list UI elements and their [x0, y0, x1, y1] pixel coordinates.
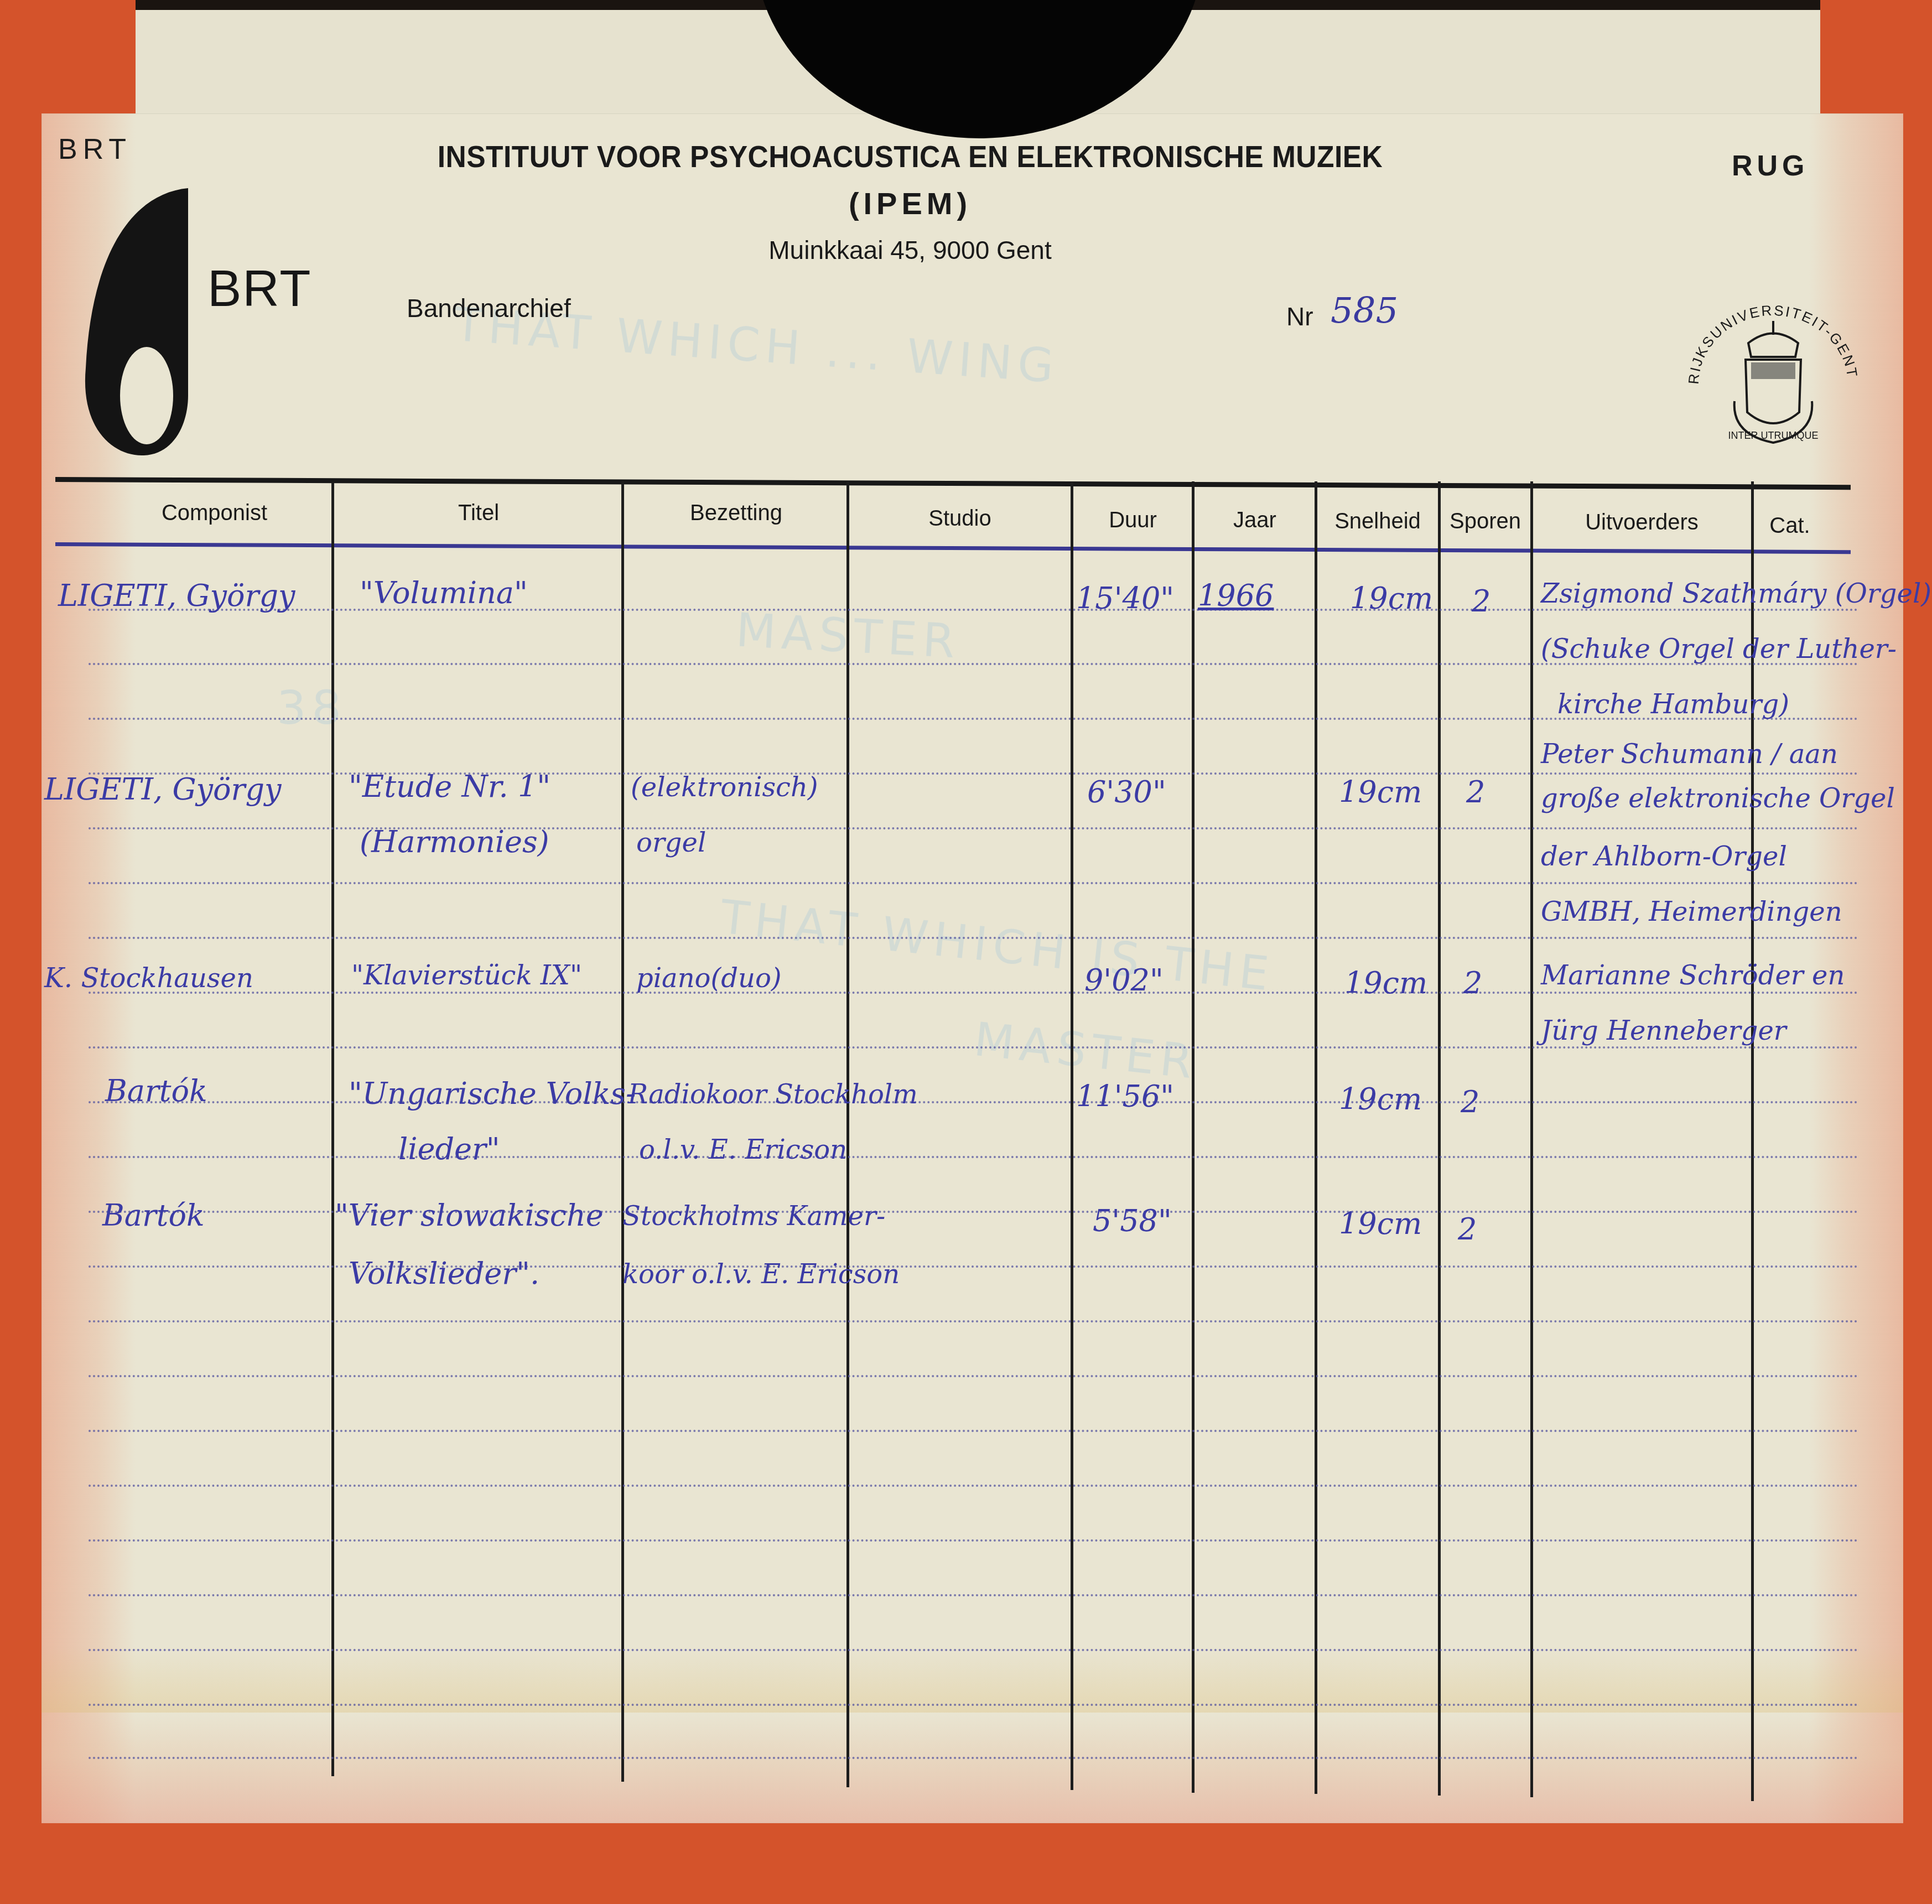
- cell-bezetting: koor o.l.v. E. Ericson: [622, 1259, 900, 1290]
- cell-snelheid: 19cm: [1339, 1082, 1422, 1117]
- cell-sporen: 2: [1466, 775, 1485, 810]
- brt-logo-text: BRT: [207, 260, 311, 318]
- row-line: [89, 1704, 1859, 1706]
- cell-duur: 6'30": [1087, 775, 1166, 810]
- row-line: [89, 827, 1859, 829]
- cell-uitvoerders: der Ahlborn-Orgel: [1541, 841, 1787, 872]
- institute-address: Muinkkaai 45, 9000 Gent: [385, 235, 1436, 265]
- cell-snelheid: 19cm: [1339, 775, 1422, 810]
- column-divider: [1751, 481, 1754, 1801]
- cell-uitvoerders: (Schuke Orgel der Luther-: [1541, 634, 1897, 665]
- column-header-sporen: Sporen: [1440, 509, 1531, 534]
- cell-sporen: 2: [1458, 1212, 1477, 1247]
- row-line: [89, 1375, 1859, 1377]
- row-line: [89, 1156, 1859, 1158]
- number-label: Nr: [1286, 302, 1313, 331]
- row-line: [89, 1757, 1859, 1759]
- cell-bezetting: orgel: [636, 827, 706, 858]
- row-line: [89, 1594, 1859, 1596]
- cell-jaar: 1966: [1198, 578, 1274, 613]
- cell-duur: 5'58": [1093, 1203, 1172, 1238]
- tape-number: 585: [1331, 290, 1398, 331]
- cell-snelheid: 19cm: [1339, 1206, 1422, 1241]
- column-divider: [331, 481, 334, 1776]
- cell-bezetting: (elektronisch): [631, 772, 818, 803]
- brt-label: BRT: [58, 133, 132, 166]
- cell-titel: "Klavierstück IX": [351, 960, 582, 991]
- cell-titel: Volkslieder".: [349, 1256, 539, 1291]
- card-edge-stain-bottom: [41, 1713, 1903, 1823]
- cell-titel: "Etude Nr. 1": [349, 769, 550, 804]
- column-header-titel: Titel: [335, 501, 622, 526]
- cell-componist: LIGETI, György: [58, 578, 295, 613]
- cell-sporen: 2: [1472, 584, 1490, 619]
- cell-bezetting: o.l.v. E. Ericson: [639, 1134, 847, 1165]
- cell-componist: K. Stockhausen: [44, 963, 253, 994]
- cell-sporen: 2: [1461, 1085, 1479, 1119]
- cell-titel: "Volumina": [360, 575, 528, 610]
- cell-titel: "Vier slowakische: [335, 1198, 604, 1233]
- row-line: [89, 1539, 1859, 1542]
- cell-uitvoerders: kirche Hamburg): [1557, 689, 1789, 720]
- row-line: [89, 1485, 1859, 1487]
- cell-snelheid: 19cm: [1350, 581, 1433, 616]
- row-line: [89, 882, 1859, 884]
- row-line: [89, 1430, 1859, 1432]
- column-divider: [1438, 481, 1441, 1796]
- brt-logo-icon: [80, 185, 210, 456]
- column-divider: [1530, 481, 1533, 1797]
- column-header-cat: Cat.: [1754, 513, 1826, 538]
- cell-duur: 11'56": [1076, 1079, 1174, 1114]
- cell-uitvoerders: GMBH, Heimerdingen: [1541, 896, 1842, 927]
- column-header-componist: Componist: [97, 501, 332, 526]
- column-header-duur: Duur: [1073, 508, 1192, 533]
- svg-text:INTER UTRUMQUE: INTER UTRUMQUE: [1728, 430, 1819, 441]
- cell-uitvoerders: Zsigmond Szathmáry (Orgel): [1541, 578, 1931, 609]
- row-line: [89, 1320, 1859, 1322]
- row-line: [89, 1649, 1859, 1651]
- cell-duur: 9'02": [1084, 963, 1164, 998]
- cell-uitvoerders: große elektronische Orgel: [1541, 783, 1895, 814]
- column-header-bezetting: Bezetting: [624, 501, 848, 526]
- column-divider: [1315, 481, 1317, 1794]
- cell-sporen: 2: [1463, 966, 1482, 1000]
- ghost-text: 38: [277, 681, 347, 735]
- institute-title: INSTITUUT VOOR PSYCHOACUSTICA EN ELEKTRO…: [427, 138, 1394, 174]
- university-seal-icon: RIJKSUNIVERSITEIT-GENT INTER UTRUMQUE: [1676, 302, 1865, 456]
- cell-titel: lieder": [398, 1132, 500, 1166]
- cell-componist: LIGETI, György: [44, 772, 281, 807]
- column-header-snelheid: Snelheid: [1317, 509, 1438, 534]
- cell-bezetting: Stockholms Kamer-: [622, 1201, 885, 1232]
- column-divider: [621, 481, 624, 1782]
- cell-snelheid: 19cm: [1344, 966, 1427, 1000]
- column-header-studio: Studio: [849, 506, 1071, 531]
- row-line: [89, 992, 1859, 994]
- cell-duur: 15'40": [1076, 581, 1174, 616]
- archive-label: Bandenarchief: [407, 293, 571, 323]
- row-line: [89, 937, 1859, 939]
- cell-uitvoerders: Jürg Henneberger: [1541, 1015, 1786, 1046]
- cell-uitvoerders: Peter Schumann / aan: [1541, 739, 1838, 770]
- cell-componist: Bartók: [102, 1198, 205, 1233]
- cell-bezetting: Radiokoor Stockholm: [628, 1079, 918, 1110]
- column-header-uitvoerders: Uitvoerders: [1533, 510, 1751, 535]
- cell-titel: (Harmonies): [360, 824, 549, 859]
- column-header-jaar: Jaar: [1194, 508, 1315, 533]
- cell-titel: "Ungarische Volks-: [349, 1076, 636, 1111]
- card-water-stain: [41, 1646, 1903, 1713]
- institute-abbreviation: (IPEM): [385, 185, 1436, 221]
- rug-label: RUG: [1732, 149, 1809, 183]
- cell-componist: Bartók: [105, 1073, 207, 1108]
- cell-bezetting: piano(duo): [636, 963, 782, 994]
- cell-uitvoerders: Marianne Schröder en: [1541, 960, 1845, 991]
- row-line: [89, 1046, 1859, 1049]
